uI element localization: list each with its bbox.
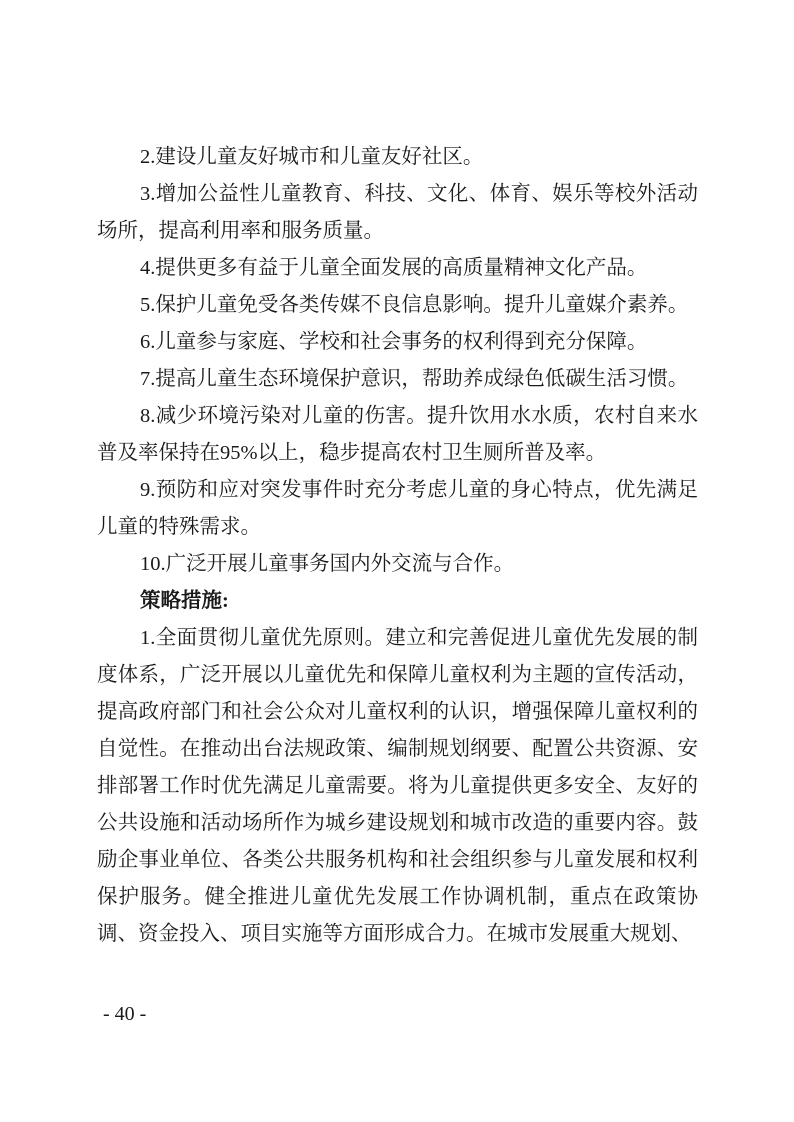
paragraph: 4.提供更多有益于儿童全面发展的高质量精神文化产品。 [97, 250, 698, 287]
paragraph: 10.广泛开展儿童事务国内外交流与合作。 [97, 546, 698, 583]
paragraph: 9.预防和应对突发事件时充分考虑儿童的身心特点，优先满足儿童的特殊需求。 [97, 472, 698, 546]
paragraph: 6.儿童参与家庭、学校和社会事务的权利得到充分保障。 [97, 324, 698, 361]
paragraph: 8.减少环境污染对儿童的伤害。提升饮用水水质，农村自来水普及率保持在95%以上，… [97, 398, 698, 472]
paragraph: 5.保护儿童免受各类传媒不良信息影响。提升儿童媒介素养。 [97, 287, 698, 324]
page-number: - 40 - [103, 1003, 146, 1025]
paragraph: 2.建设儿童友好城市和儿童友好社区。 [97, 139, 698, 176]
paragraph: 7.提高儿童生态环境保护意识，帮助养成绿色低碳生活习惯。 [97, 361, 698, 398]
section-heading: 策略措施: [97, 583, 698, 620]
paragraph: 3.增加公益性儿童教育、科技、文化、体育、娱乐等校外活动场所，提高利用率和服务质… [97, 176, 698, 250]
document-body: 2.建设儿童友好城市和儿童友好社区。3.增加公益性儿童教育、科技、文化、体育、娱… [97, 139, 698, 953]
document-page: 2.建设儿童友好城市和儿童友好社区。3.增加公益性儿童教育、科技、文化、体育、娱… [0, 0, 794, 1122]
paragraph: 1.全面贯彻儿童优先原则。建立和完善促进儿童优先发展的制度体系，广泛开展以儿童优… [97, 620, 698, 953]
